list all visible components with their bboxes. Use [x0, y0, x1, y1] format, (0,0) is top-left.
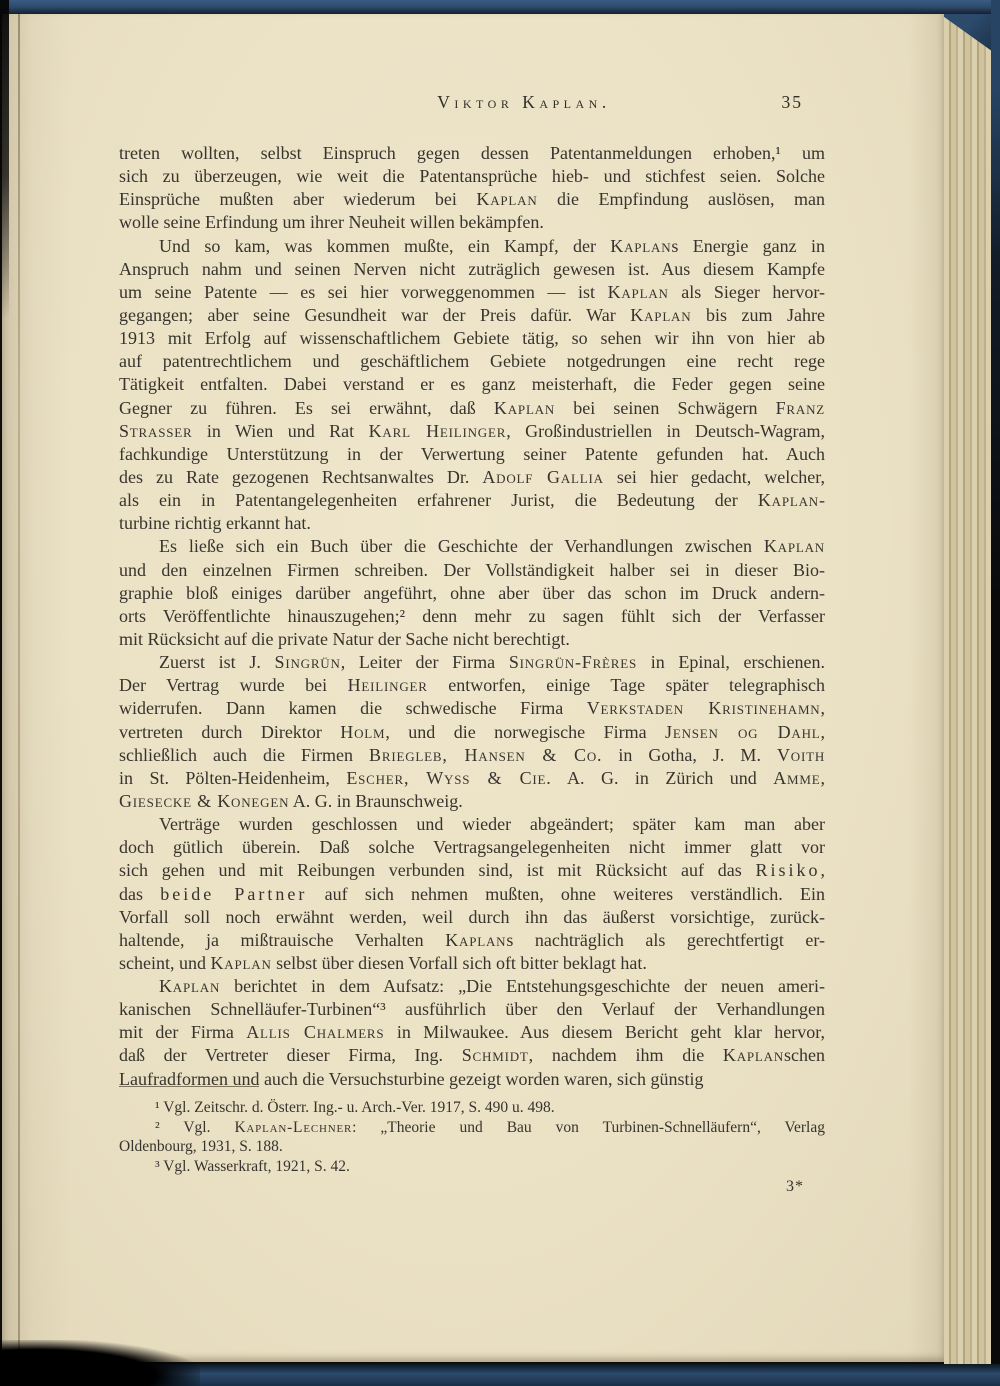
text-line: scheint, und Kaplan selbst über diesen V… — [119, 952, 825, 975]
text-line: 1913 mit Erfolg auf wissenschaftlichem G… — [119, 327, 825, 350]
text-line: mit Rücksicht auf die private Natur der … — [119, 628, 825, 651]
running-head: Viktor Kaplan. 35 — [119, 92, 825, 116]
text-line: graphie bloß einiges darüber angeführt, … — [119, 582, 825, 605]
footnotes: ¹ Vgl. Zeitschr. d. Österr. Ing.- u. Arc… — [119, 1086, 825, 1176]
text-line: Und so kam, was kommen mußte, ein Kampf,… — [119, 235, 825, 258]
text-line: daß der Vertreter dieser Firma, Ing. Sch… — [119, 1044, 825, 1067]
text-line: Anspruch nahm und seinen Nerven nicht zu… — [119, 258, 825, 281]
text-line: Zuerst ist J. Singrün, Leiter der Firma … — [119, 651, 825, 674]
text-line: ² Vgl. Kaplan-Lechner: „Theorie und Bau … — [119, 1118, 825, 1138]
text-line: sich gehen und mit Reibungen verbunden s… — [119, 859, 825, 882]
paragraph: treten wollten, selbst Einspruch gegen d… — [119, 142, 825, 235]
footnote: ³ Vgl. Wasserkraft, 1921, S. 42. — [119, 1157, 825, 1177]
page: Viktor Kaplan. 35 treten wollten, selbst… — [2, 14, 944, 1362]
footnote: ¹ Vgl. Zeitschr. d. Österr. Ing.- u. Arc… — [119, 1098, 825, 1118]
text-line: Es ließe sich ein Buch über die Geschich… — [119, 535, 825, 558]
text-line: Tätigkeit entfalten. Dabei verstand er e… — [119, 373, 825, 396]
book-scan-page: Viktor Kaplan. 35 treten wollten, selbst… — [0, 0, 1000, 1386]
text-line: Vorfall soll noch erwähnt werden, weil d… — [119, 906, 825, 929]
footnote-list: ¹ Vgl. Zeitschr. d. Österr. Ing.- u. Arc… — [119, 1098, 825, 1176]
paragraph: Verträge wurden geschlossen und wieder a… — [119, 813, 825, 975]
text-line: schließlich auch die Firmen Briegleb, Ha… — [119, 744, 825, 767]
text-line: gegangen; aber seine Gesundheit war der … — [119, 304, 825, 327]
paragraph: Zuerst ist J. Singrün, Leiter der Firma … — [119, 651, 825, 813]
text-line: doch gütlich überein. Daß solche Vertrag… — [119, 836, 825, 859]
text-line: ¹ Vgl. Zeitschr. d. Österr. Ing.- u. Arc… — [119, 1098, 825, 1118]
page-title: Viktor Kaplan. — [171, 92, 877, 113]
text-line: orts Veröffentlichte hinauszugehen;² den… — [119, 605, 825, 628]
gutter-crease — [18, 14, 20, 1362]
shadow-blob-bottom-left — [0, 1340, 200, 1386]
paragraph: Und so kam, was kommen mußte, ein Kampf,… — [119, 235, 825, 536]
text-line: um seine Patente — es sei hier vorweggen… — [119, 281, 825, 304]
body-text: treten wollten, selbst Einspruch gegen d… — [119, 142, 825, 1091]
text-line: Der Vertrag wurde bei Heilinger entworfe… — [119, 674, 825, 697]
text-line: Strasser in Wien und Rat Karl Heilinger,… — [119, 420, 825, 443]
text-line: kanischen Schnelläufer-Turbinen“³ ausfüh… — [119, 998, 825, 1021]
footnote-rule — [119, 1086, 259, 1087]
text-line: Giesecke & Konegen A. G. in Braunschweig… — [119, 790, 825, 813]
text-line: haltende, ja mißtrauische Verhalten Kapl… — [119, 929, 825, 952]
book-edge-left — [0, 0, 9, 320]
text-line: fachkundige Unterstützung in der Verwert… — [119, 443, 825, 466]
stacked-page-edges — [944, 14, 993, 1366]
text-line: in St. Pölten-Heidenheim, Escher, Wyss &… — [119, 767, 825, 790]
text-line: als ein in Patentangelegenheiten erfahre… — [119, 489, 825, 512]
paragraph: Kaplan berichtet in dem Aufsatz: „Die En… — [119, 975, 825, 1091]
text-line: auf patentrechtlichem und geschäftlichem… — [119, 350, 825, 373]
book-edge-right — [991, 0, 1000, 1386]
text-line: Einsprüche mußten aber wiederum bei Kapl… — [119, 188, 825, 211]
text-line: Kaplan berichtet in dem Aufsatz: „Die En… — [119, 975, 825, 998]
text-line: vertreten durch Direktor Holm, und die n… — [119, 721, 825, 744]
signature-mark: 3* — [786, 1178, 804, 1196]
text-line: widerrufen. Dann kamen die schwedische F… — [119, 697, 825, 720]
text-line: sich zu überzeugen, wie weit die Patenta… — [119, 165, 825, 188]
text-line: turbine richtig erkannt hat. — [119, 512, 825, 535]
text-line: Gegner zu führen. Es sei erwähnt, daß Ka… — [119, 397, 825, 420]
text-line: treten wollten, selbst Einspruch gegen d… — [119, 142, 825, 165]
text-line: wolle seine Erfindung um ihrer Neuheit w… — [119, 211, 825, 234]
book-cover-top-band — [0, 0, 1000, 14]
text-line: das beide Partner auf sich nehmen mußten… — [119, 883, 825, 906]
text-line: mit der Firma Allis Chalmers in Milwauke… — [119, 1021, 825, 1044]
paragraph: Es ließe sich ein Buch über die Geschich… — [119, 535, 825, 651]
text-line: und den einzelnen Firmen schreiben. Der … — [119, 559, 825, 582]
text-line: ³ Vgl. Wasserkraft, 1921, S. 42. — [119, 1157, 825, 1177]
text-line: Verträge wurden geschlossen und wieder a… — [119, 813, 825, 836]
text-line: Oldenbourg, 1931, S. 188. — [119, 1137, 825, 1157]
page-number: 35 — [782, 92, 804, 113]
text-line: des zu Rate gezogenen Rechtsanwaltes Dr.… — [119, 466, 825, 489]
footnote: ² Vgl. Kaplan-Lechner: „Theorie und Bau … — [119, 1118, 825, 1157]
